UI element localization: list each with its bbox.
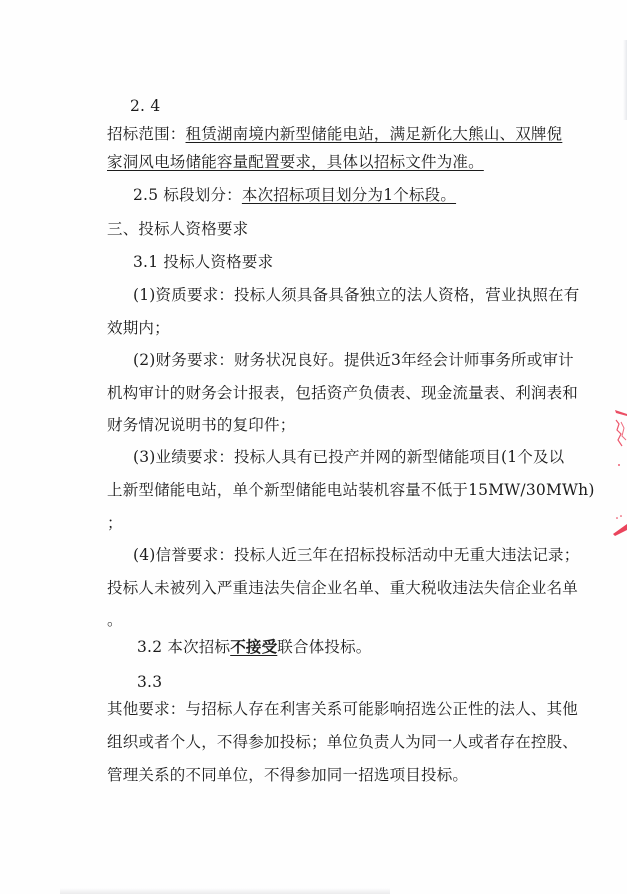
- section-2-5: 2.5 标段划分：本次招标项目划分为1个标段。: [133, 185, 456, 205]
- performance-requirement-line-1: (3)业绩要求：投标人具有已投产并网的新型储能项目(1个及以: [133, 447, 564, 467]
- reputation-requirement-line-1: (4)信誉要求：投标人近三年在招标投标活动中无重大违法记录；: [133, 545, 579, 565]
- scan-edge-shadow: [623, 40, 627, 120]
- section-3-1-heading: 3.1 投标人资格要求: [133, 252, 273, 272]
- other-requirements-line-1: 其他要求：与招标人存在利害关系可能影响招选公正性的法人、其他: [107, 699, 578, 719]
- lot-division-label: 2.5 标段划分：: [133, 186, 242, 204]
- consortium-suffix: 联合体投标。: [277, 638, 371, 656]
- qualification-requirement-line-2: 效期内；: [107, 318, 170, 338]
- section-2-4-number: 2. 4: [130, 96, 160, 116]
- qualification-requirement-line-1: (1)资质要求：投标人须具备具备独立的法人资格，营业执照在有: [133, 285, 579, 305]
- performance-requirement-line-2: 上新型储能电站，单个新型储能电站装机容量不低于15MW/30MWh): [107, 480, 595, 500]
- section-3-2: 3.2 本次招标不接受联合体投标。: [137, 637, 372, 657]
- reputation-requirement-line-2: 投标人未被列入严重违法失信企业名单、重大税收违法失信企业名单: [107, 578, 578, 598]
- section-3-heading: 三、投标人资格要求: [107, 219, 248, 239]
- other-requirements-line-2: 组织或者个人，不得参加投标；单位负责人为同一人或者存在控股、: [107, 732, 578, 752]
- seal-stamp-icon: [613, 410, 627, 540]
- financial-requirement-line-1: (2)财务要求：财务状况良好。提供近3年经会计师事务所或审计: [133, 350, 574, 370]
- consortium-emphasis: 不接受: [230, 637, 277, 656]
- section-2-4-line-1: 招标范围：租赁湖南境内新型储能电站，满足新化大熊山、双牌倪: [107, 124, 562, 144]
- scanned-page: 2. 4 招标范围：租赁湖南境内新型储能电站，满足新化大熊山、双牌倪 家洞风电场…: [0, 0, 627, 894]
- bid-scope-label: 招标范围：: [107, 125, 186, 143]
- bid-scope-text-2: 家洞风电场储能容量配置要求，具体以招标文件为准。: [107, 152, 484, 172]
- reputation-requirement-line-3: 。: [107, 610, 123, 630]
- bid-scope-text-1: 租赁湖南境内新型储能电站，满足新化大熊山、双牌倪: [186, 125, 563, 143]
- scan-bottom-shadow: [60, 888, 390, 894]
- lot-division-text: 本次招标项目划分为1个标段。: [242, 186, 456, 204]
- other-requirements-line-3: 管理关系的不同单位，不得参加同一招选项目投标。: [107, 765, 468, 785]
- financial-requirement-line-2: 机构审计的财务会计报表，包括资产负债表、现金流量表、利润表和: [107, 383, 578, 403]
- financial-requirement-line-3: 财务情况说明书的复印件；: [107, 415, 295, 435]
- performance-requirement-line-3: ；: [107, 513, 123, 533]
- section-3-3-number: 3.3: [137, 672, 162, 692]
- consortium-prefix: 3.2 本次招标: [137, 638, 230, 656]
